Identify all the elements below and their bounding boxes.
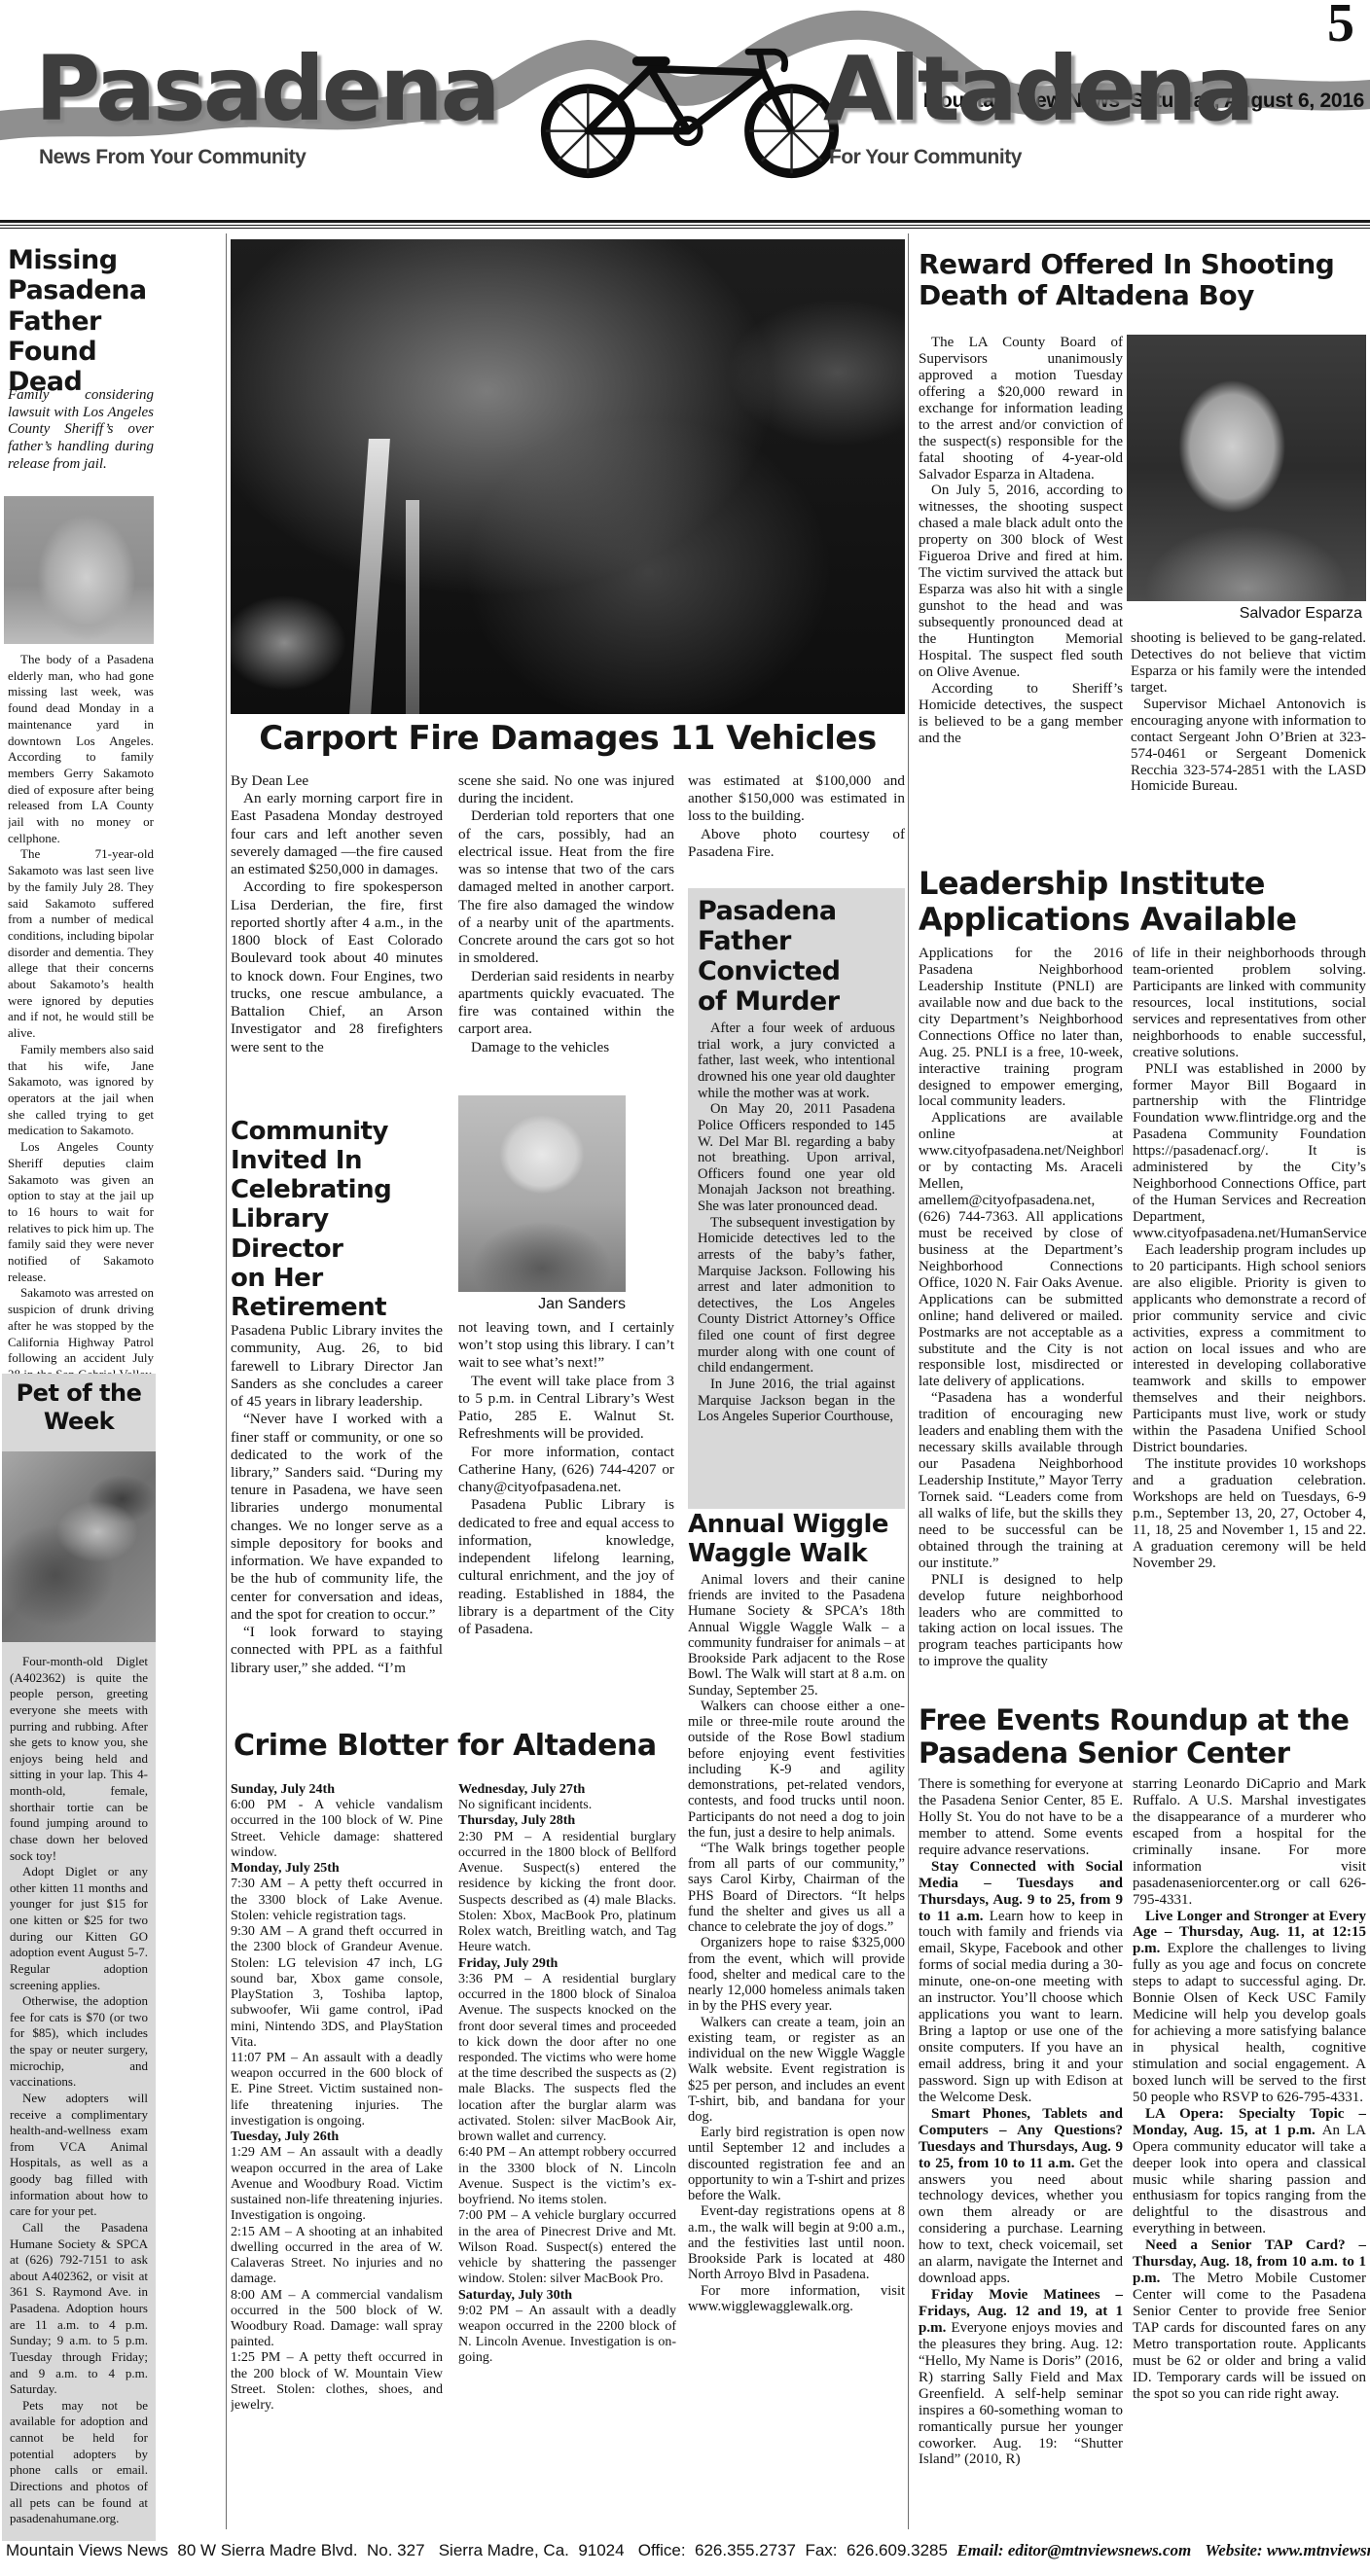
paragraph: Pasadena Public Library is dedicated to … bbox=[458, 1496, 674, 1638]
bicycle-icon bbox=[537, 27, 839, 183]
paragraph: Applications are available online at www… bbox=[919, 1110, 1123, 1390]
page-number: 5 bbox=[1327, 0, 1354, 54]
paragraph: Event-day registrations opens at 8 a.m.,… bbox=[688, 2203, 905, 2282]
article-father-convicted: Pasadena Father Convicted of Murder Afte… bbox=[688, 888, 905, 1509]
paragraph: Four-month-old Diglet (A402362) is quite… bbox=[10, 1654, 148, 1864]
date-heading: Wednesday, July 27th bbox=[458, 1782, 676, 1798]
carport-fire-photo bbox=[231, 239, 905, 714]
article-library-col2: not leaving town, and I certainly won’t … bbox=[458, 1319, 674, 1737]
paragraph: was estimated at $100,000 and another $1… bbox=[688, 772, 905, 826]
paragraph: PNLI is designed to help develop future … bbox=[919, 1572, 1123, 1671]
paragraph: Animal lovers and their canine friends a… bbox=[688, 1572, 905, 1699]
paragraph: 11:07 PM – An assault with a deadly weap… bbox=[231, 2051, 443, 2129]
date-heading: Sunday, July 24th bbox=[231, 1782, 443, 1798]
paragraph: Friday Movie Matinees – Fridays, Aug. 12… bbox=[919, 2287, 1123, 2468]
article-reward-col1: The LA County Board of Supervisors unani… bbox=[919, 335, 1123, 860]
newspaper-page: 5 Mountain View News Saturday, August 6,… bbox=[0, 0, 1370, 2576]
paragraph: Above photo courtesy of Pasadena Fire. bbox=[688, 826, 905, 861]
paragraph: On May 20, 2011 Pasadena Police Officers… bbox=[698, 1101, 895, 1214]
article-wiggle-waggle-body: Animal lovers and their canine friends a… bbox=[688, 1572, 905, 2525]
paragraph: Family members also said that his wife, … bbox=[8, 1042, 154, 1139]
column-rule-right bbox=[908, 233, 909, 2529]
kitten-photo bbox=[2, 1451, 156, 1642]
headline-carport-fire: Carport Fire Damages 11 Vehicles bbox=[231, 720, 905, 758]
paragraph: Stay Connected with Social Media – Tuesd… bbox=[919, 1859, 1123, 2106]
article-pet-of-week-body: Four-month-old Diglet (A402362) is quite… bbox=[10, 1654, 148, 2531]
paragraph: 7:00 PM – A vehicle burglary occurred in… bbox=[458, 2208, 676, 2287]
date-heading: Thursday, July 28th bbox=[458, 1813, 676, 1829]
headline-leadership: Leadership Institute Applications Availa… bbox=[919, 866, 1370, 938]
paragraph: According to fire spokesperson Lisa Derd… bbox=[231, 878, 443, 1055]
paragraph: 3:36 PM – A residential burglary occurre… bbox=[458, 1972, 676, 2146]
footer-email-label: Email: bbox=[956, 2541, 1003, 2559]
paragraph: There is something for everyone at the P… bbox=[919, 1776, 1123, 1859]
paragraph: The subsequent investigation by Homicide… bbox=[698, 1215, 895, 1377]
paragraph: PNLI was established in 2000 by former M… bbox=[1133, 1061, 1366, 1242]
paragraph: Derderian told reporters that one of the… bbox=[458, 807, 674, 967]
paragraph: 6:00 PM - A vehicle vandalism occurred i… bbox=[231, 1798, 443, 1861]
footer-paper-name: Mountain Views News bbox=[6, 2541, 168, 2559]
paragraph: Walkers can create a team, join an exist… bbox=[688, 2015, 905, 2126]
paragraph: 7:30 AM – A petty theft occurred in the … bbox=[231, 1877, 443, 1924]
article-carport-col1: By Dean Lee An early morning carport fir… bbox=[231, 772, 443, 1125]
date-heading: Tuesday, July 26th bbox=[231, 2129, 443, 2145]
pet-of-week-panel: Pet of the Week Four-month-old Diglet (A… bbox=[2, 1374, 156, 2541]
jan-sanders-photo bbox=[458, 1095, 626, 1292]
paragraph: Early bird registration is open now unti… bbox=[688, 2125, 905, 2203]
article-carport-col3: was estimated at $100,000 and another $1… bbox=[688, 772, 905, 885]
article-senior-col1: There is something for everyone at the P… bbox=[919, 1776, 1123, 2527]
footer: Mountain Views News 80 W Sierra Madre Bl… bbox=[6, 2541, 1364, 2560]
paragraph: The 71-year-old Sakamoto was last seen l… bbox=[8, 846, 154, 1041]
headline-senior-events: Free Events Roundup at the Pasadena Seni… bbox=[919, 1704, 1370, 1770]
crime-blotter-col1: Sunday, July 24th6:00 PM - A vehicle van… bbox=[231, 1782, 443, 2525]
date-heading: Saturday, July 30th bbox=[458, 2288, 676, 2304]
footer-website-value: www.mtnviewsnews.com bbox=[1267, 2541, 1370, 2559]
paragraph: On July 5, 2016, according to witnesses,… bbox=[919, 483, 1123, 680]
tagline-left: News From Your Community bbox=[39, 146, 306, 169]
jan-sanders-caption: Jan Sanders bbox=[458, 1296, 626, 1313]
paragraph: 9:02 PM – An assault with a deadly weapo… bbox=[458, 2304, 676, 2367]
paragraph: The body of a Pasadena elderly man, who … bbox=[8, 652, 154, 846]
paragraph: Otherwise, the adoption fee for cats is … bbox=[10, 1993, 148, 2091]
paragraph: According to Sheriff’s Homicide detectiv… bbox=[919, 681, 1123, 747]
date-heading: Friday, July 29th bbox=[458, 1956, 676, 1972]
paragraph: An early morning carport fire in East Pa… bbox=[231, 790, 443, 878]
paragraph: 2:30 PM – A residential burglary occurre… bbox=[458, 1830, 676, 1956]
headline-crime-blotter: Crime Blotter for Altadena bbox=[234, 1730, 720, 1764]
paragraph: Live Longer and Stronger at Every Age – … bbox=[1133, 1909, 1366, 2106]
paragraph: 1:25 PM – A petty theft occurred in the … bbox=[231, 2350, 443, 2414]
paragraph: Supervisor Michael Antonovich is encoura… bbox=[1131, 697, 1366, 796]
paragraph: not leaving town, and I certainly won’t … bbox=[458, 1319, 674, 1373]
footer-email-value: editor@mtnviewsnews.com bbox=[1008, 2541, 1191, 2559]
column-rule-left bbox=[226, 233, 227, 2529]
paragraph: Each leadership program includes up to 2… bbox=[1133, 1242, 1366, 1456]
article-library-col1: Pasadena Public Library invites the comm… bbox=[231, 1322, 443, 1677]
paragraph: scene she said. No one was injured durin… bbox=[458, 772, 674, 807]
masthead-altadena: Altadena bbox=[823, 45, 1252, 134]
headline-wiggle-waggle: Annual Wiggle Waggle Walk bbox=[688, 1510, 905, 1568]
paragraph: In June 2016, the trial against Marquise… bbox=[698, 1377, 895, 1425]
paragraph: Smart Phones, Tablets and Computers – An… bbox=[919, 2106, 1123, 2287]
paragraph: Walkers can choose either a one-mile or … bbox=[688, 1699, 905, 1841]
paragraph: “Never have I worked with a finer staff … bbox=[231, 1411, 443, 1624]
article-carport-col2: scene she said. No one was injured durin… bbox=[458, 772, 674, 1132]
paragraph: Pasadena Public Library invites the comm… bbox=[231, 1322, 443, 1411]
paragraph: New adopters will receive a complimentar… bbox=[10, 2091, 148, 2220]
salvador-esparza-photo bbox=[1127, 335, 1366, 601]
paragraph: 1:29 AM – An assault with a deadly weapo… bbox=[231, 2145, 443, 2224]
paragraph: of life in their neighborhoods through t… bbox=[1133, 946, 1366, 1061]
paragraph: Derderian said residents in nearby apart… bbox=[458, 968, 674, 1039]
headline-pet-of-week: Pet of the Week bbox=[2, 1374, 156, 1436]
paragraph: For more information, visit www.wigglewa… bbox=[688, 2283, 905, 2314]
paragraph: “The Walk brings together people from al… bbox=[688, 1841, 905, 1935]
paragraph: 8:00 AM – A commercial vandalism occurre… bbox=[231, 2288, 443, 2351]
tagline-right: For Your Community bbox=[829, 146, 1022, 169]
masthead-pasadena: Pasadena bbox=[35, 45, 498, 134]
paragraph: No significant incidents. bbox=[458, 1798, 676, 1813]
paragraph: Adopt Diglet or any other kitten 11 mont… bbox=[10, 1864, 148, 1993]
paragraph: After a four week of arduous trial work,… bbox=[698, 1020, 895, 1101]
footer-website-label: Website: bbox=[1205, 2541, 1262, 2559]
paragraph: The event will take place from 3 to 5 p.… bbox=[458, 1373, 674, 1444]
footer-address: 80 W Sierra Madre Blvd. No. 327 Sierra M… bbox=[168, 2541, 956, 2559]
paragraph: shooting is believed to be gang-related.… bbox=[1131, 630, 1366, 697]
paragraph: Need a Senior TAP Card? – Thursday, Aug.… bbox=[1133, 2237, 1366, 2402]
paragraph: 6:40 PM – An attempt robbery occurred in… bbox=[458, 2145, 676, 2208]
missing-man-portrait-photo bbox=[4, 496, 154, 644]
salvador-esparza-caption: Salvador Esparza bbox=[1127, 605, 1362, 623]
article-reward-col2: shooting is believed to be gang-related.… bbox=[1131, 630, 1366, 862]
headline-missing-father: Missing Pasadena Father Found Dead bbox=[8, 245, 156, 398]
article-father-convicted-body: After a four week of arduous trial work,… bbox=[698, 1020, 895, 1425]
paragraph: Los Angeles County Sheriff deputies clai… bbox=[8, 1139, 154, 1285]
paragraph: Organizers hope to raise $325,000 from t… bbox=[688, 1935, 905, 2014]
paragraph: “Pasadena has a wonderful tradition of e… bbox=[919, 1390, 1123, 1571]
paragraph: 9:30 AM – A grand theft occurred in the … bbox=[231, 1924, 443, 2051]
article-library: Community Invited In Celebrating Library… bbox=[231, 1117, 443, 1743]
crime-blotter-col2: Wednesday, July 27thNo significant incid… bbox=[458, 1782, 676, 2525]
paragraph: starring Leonardo DiCaprio and Mark Ruff… bbox=[1133, 1776, 1366, 1909]
headline-reward: Reward Offered In Shooting Death of Alta… bbox=[919, 249, 1370, 312]
paragraph: The LA County Board of Supervisors unani… bbox=[919, 335, 1123, 483]
paragraph: Sakamoto was arrested on suspicion of dr… bbox=[8, 1285, 154, 1374]
headline-father-convicted: Pasadena Father Convicted of Murder bbox=[698, 896, 895, 1017]
byline: By Dean Lee bbox=[231, 772, 443, 790]
paragraph: For more information, contact Catherine … bbox=[458, 1444, 674, 1497]
article-leadership-col1: Applications for the 2016 Pasadena Neigh… bbox=[919, 946, 1123, 1708]
header-rule bbox=[0, 220, 1370, 234]
paragraph: Pets may not be available for adoption a… bbox=[10, 2398, 148, 2527]
article-senior-col2: starring Leonardo DiCaprio and Mark Ruff… bbox=[1133, 1776, 1366, 2527]
paragraph: “I look forward to staying connected wit… bbox=[231, 1624, 443, 1677]
article-leadership-col2: of life in their neighborhoods through t… bbox=[1133, 946, 1366, 1708]
paragraph: LA Opera: Specialty Topic – Monday, Aug.… bbox=[1133, 2106, 1366, 2238]
headline-library: Community Invited In Celebrating Library… bbox=[231, 1117, 443, 1322]
paragraph: 2:15 AM – A shooting at an inhabited dwe… bbox=[231, 2225, 443, 2288]
date-heading: Monday, July 25th bbox=[231, 1861, 443, 1877]
paragraph: Call the Pasadena Humane Society & SPCA … bbox=[10, 2220, 148, 2398]
subhead-missing-father: Family considering lawsuit with Los Ange… bbox=[8, 387, 154, 473]
paragraph: The institute provides 10 workshops and … bbox=[1133, 1456, 1366, 1572]
paragraph: Damage to the vehicles bbox=[458, 1039, 674, 1056]
article-missing-father-body: The body of a Pasadena elderly man, who … bbox=[8, 652, 154, 1374]
paragraph: Applications for the 2016 Pasadena Neigh… bbox=[919, 946, 1123, 1110]
